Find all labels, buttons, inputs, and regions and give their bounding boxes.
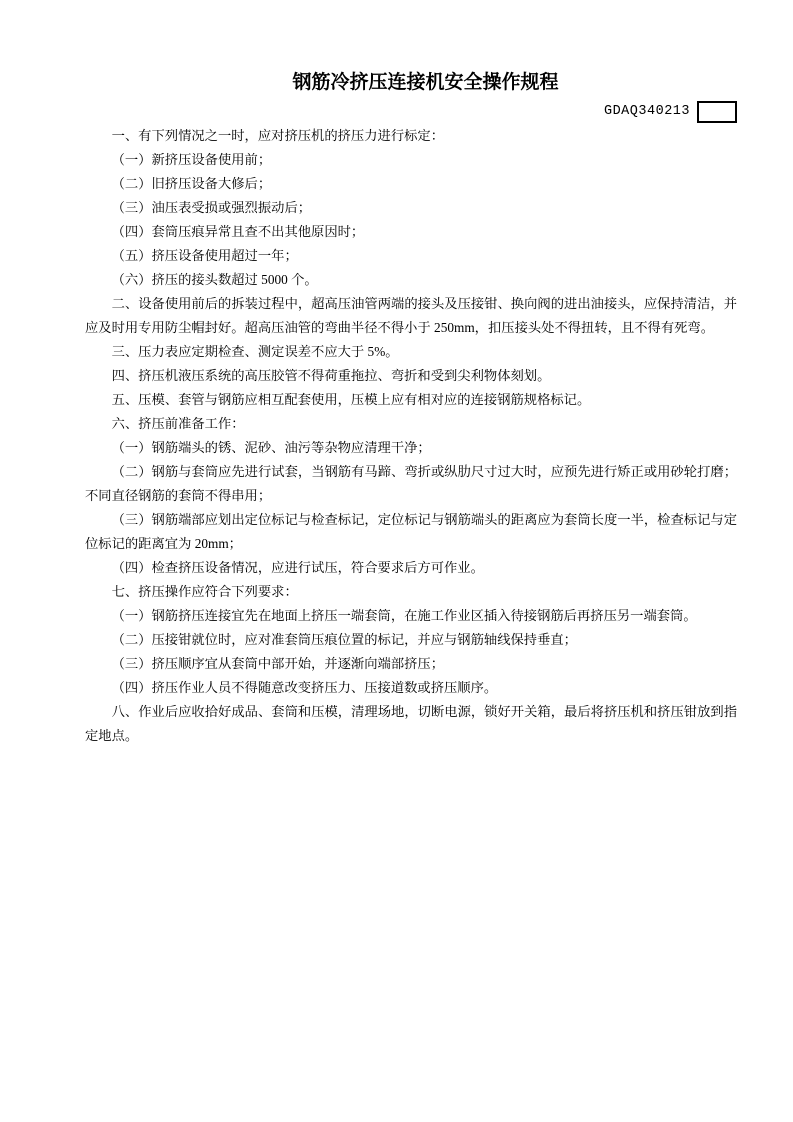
paragraph: 四、挤压机液压系统的高压胶管不得荷重拖拉、弯折和受到尖利物体刻划。	[85, 364, 737, 388]
paragraph: （三）钢筋端部应划出定位标记与检查标记，定位标记与钢筋端头的距离应为套筒长度一半…	[85, 508, 737, 556]
paragraph: 一、有下列情况之一时，应对挤压机的挤压力进行标定：	[85, 124, 737, 148]
paragraph: （二）钢筋与套筒应先进行试套，当钢筋有马蹄、弯折或纵肋尺寸过大时，应预先进行矫正…	[85, 460, 737, 508]
paragraph: （一）新挤压设备使用前；	[85, 148, 737, 172]
paragraph: 五、压模、套管与钢筋应相互配套使用，压模上应有相对应的连接钢筋规格标记。	[85, 388, 737, 412]
paragraph: （二）压接钳就位时，应对准套筒压痕位置的标记，并应与钢筋轴线保持垂直；	[85, 628, 737, 652]
paragraph: 二、设备使用前后的拆装过程中，超高压油管两端的接头及压接钳、换向阀的进出油接头，…	[85, 292, 737, 340]
document-page: 钢筋冷挤压连接机安全操作规程 GDAQ340213 一、有下列情况之一时，应对挤…	[0, 0, 793, 1122]
document-body: 一、有下列情况之一时，应对挤压机的挤压力进行标定： （一）新挤压设备使用前； （…	[85, 124, 737, 748]
doc-code-box	[697, 101, 737, 123]
paragraph: （二）旧挤压设备大修后；	[85, 172, 737, 196]
doc-code-row: GDAQ340213	[85, 100, 737, 124]
paragraph: （四）挤压作业人员不得随意改变挤压力、压接道数或挤压顺序。	[85, 676, 737, 700]
paragraph: （一）钢筋端头的锈、泥砂、油污等杂物应清理干净；	[85, 436, 737, 460]
doc-code: GDAQ340213	[604, 100, 690, 124]
paragraph: 七、挤压操作应符合下列要求：	[85, 580, 737, 604]
paragraph: 六、挤压前准备工作：	[85, 412, 737, 436]
page-title: 钢筋冷挤压连接机安全操作规程	[85, 68, 737, 98]
paragraph: 三、压力表应定期检查、测定误差不应大于 5%。	[85, 340, 737, 364]
document-content: 钢筋冷挤压连接机安全操作规程 GDAQ340213 一、有下列情况之一时，应对挤…	[0, 0, 793, 748]
paragraph: （三）油压表受损或强烈振动后；	[85, 196, 737, 220]
paragraph: （四）检查挤压设备情况，应进行试压，符合要求后方可作业。	[85, 556, 737, 580]
paragraph: （四）套筒压痕异常且查不出其他原因时；	[85, 220, 737, 244]
paragraph: （三）挤压顺序宜从套筒中部开始，并逐渐向端部挤压；	[85, 652, 737, 676]
paragraph: 八、作业后应收拾好成品、套筒和压模，清理场地，切断电源，锁好开关箱，最后将挤压机…	[85, 700, 737, 748]
paragraph: （六）挤压的接头数超过 5000 个。	[85, 268, 737, 292]
paragraph: （一）钢筋挤压连接宜先在地面上挤压一端套筒，在施工作业区插入待接钢筋后再挤压另一…	[85, 604, 737, 628]
paragraph: （五）挤压设备使用超过一年；	[85, 244, 737, 268]
